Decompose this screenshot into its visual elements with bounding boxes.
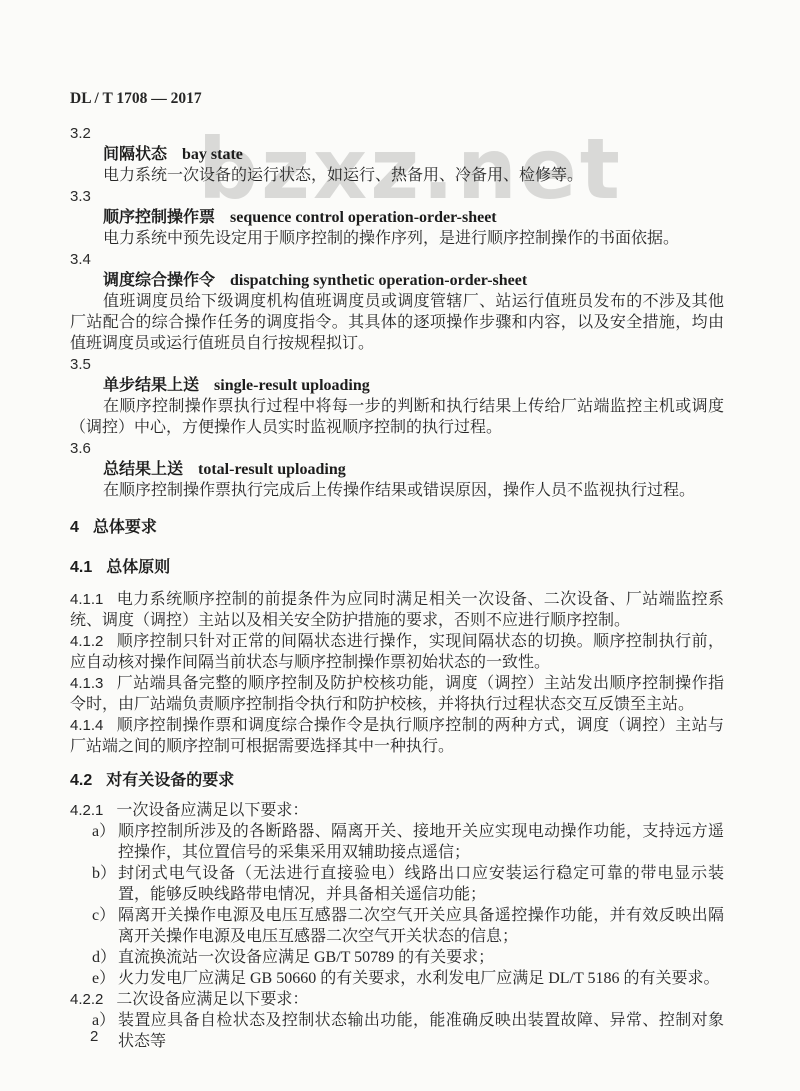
section-heading-4-2: 4.2对有关设备的要求 xyxy=(70,770,724,791)
numbered-clause: 4.2.1一次设备应满足以下要求： xyxy=(70,800,724,821)
numbered-clause: 4.1.3厂站端具备完整的顺序控制及防护校核功能，调度（调控）主站发出顺序控制操… xyxy=(70,673,724,715)
clause-number: 4.2.1 xyxy=(70,802,103,819)
list-marker: b） xyxy=(92,863,116,884)
clause-text: 二次设备应满足以下要求： xyxy=(116,991,308,1008)
term-line: 调度综合操作令dispatching synthetic operation-o… xyxy=(103,270,724,291)
clause-text: 电力系统顺序控制的前提条件为应同时满足相关一次设备、二次设备、厂站端监控系统、调… xyxy=(70,591,724,629)
terms-clause: 3.5 单步结果上送single-result uploading 在顺序控制操… xyxy=(70,354,724,438)
numbered-clause: 4.2.2二次设备应满足以下要求： xyxy=(70,989,724,1010)
terms-and-definitions: 3.2 间隔状态bay state 电力系统一次设备的运行状态，如运行、热备用、… xyxy=(70,123,724,501)
section-title: 总体要求 xyxy=(93,519,157,536)
section-heading-4: 4总体要求 xyxy=(70,517,724,538)
term-line: 间隔状态bay state xyxy=(103,144,724,165)
term-definition: 在顺序控制操作票执行过程中将每一步的判断和执行结果上传给厂站端监控主机或调度（调… xyxy=(70,396,724,438)
term-zh: 总结果上送 xyxy=(103,461,183,478)
clause-text: 顺序控制只针对正常的间隔状态进行操作，实现间隔状态的切换。顺序控制执行前，应自动… xyxy=(70,633,724,671)
document-page: bzxz.net DL / T 1708 — 2017 3.2 间隔状态bay … xyxy=(0,0,800,1091)
page-number: 2 xyxy=(90,1028,98,1045)
term-en: total-result uploading xyxy=(198,461,346,478)
terms-clause: 3.3 顺序控制操作票sequence control operation-or… xyxy=(70,186,724,249)
term-definition: 电力系统中预先设定用于顺序控制的操作序列，是进行顺序控制操作的书面依据。 xyxy=(70,228,724,249)
term-en: dispatching synthetic operation-order-sh… xyxy=(230,272,527,289)
list-marker: d） xyxy=(92,947,116,968)
list-item: a）顺序控制所涉及的各断路器、隔离开关、接地开关应实现电动操作功能，支持远方遥控… xyxy=(70,821,724,863)
terms-clause: 3.4 调度综合操作令dispatching synthetic operati… xyxy=(70,249,724,354)
term-zh: 间隔状态 xyxy=(103,146,167,163)
section-heading-4-1: 4.1总体原则 xyxy=(70,557,724,578)
term-zh: 单步结果上送 xyxy=(103,377,199,394)
clause-number: 3.6 xyxy=(70,438,724,459)
clauses-4-1: 4.1.1电力系统顺序控制的前提条件为应同时满足相关一次设备、二次设备、厂站端监… xyxy=(70,589,724,757)
list-item: d）直流换流站一次设备应满足 GB/T 50789 的有关要求； xyxy=(70,947,724,968)
standard-number-header: DL / T 1708 — 2017 xyxy=(70,88,724,109)
list-item-text: 直流换流站一次设备应满足 GB/T 50789 的有关要求； xyxy=(118,949,494,966)
clause-number: 4.1.3 xyxy=(70,675,103,692)
term-definition: 电力系统一次设备的运行状态，如运行、热备用、冷备用、检修等。 xyxy=(70,165,724,186)
section-number: 4.2 xyxy=(70,772,92,789)
term-en: sequence control operation-order-sheet xyxy=(230,209,497,226)
clause-number: 3.2 xyxy=(70,123,724,144)
numbered-clause: 4.1.2顺序控制只针对正常的间隔状态进行操作，实现间隔状态的切换。顺序控制执行… xyxy=(70,631,724,673)
term-definition: 值班调度员给下级调度机构值班调度员或调度管辖厂、站运行值班员发布的不涉及其他厂站… xyxy=(70,291,724,354)
list-item-text: 顺序控制所涉及的各断路器、隔离开关、接地开关应实现电动操作功能，支持远方遥控操作… xyxy=(118,823,724,861)
section-number: 4.1 xyxy=(70,559,92,576)
terms-clause: 3.6 总结果上送total-result uploading 在顺序控制操作票… xyxy=(70,438,724,501)
list-item: a）装置应具备自检状态及控制状态输出功能，能准确反映出装置故障、异常、控制对象状… xyxy=(70,1010,724,1052)
term-line: 单步结果上送single-result uploading xyxy=(103,375,724,396)
page-content: DL / T 1708 — 2017 3.2 间隔状态bay state 电力系… xyxy=(70,88,724,1052)
list-item-text: 火力发电厂应满足 GB 50660 的有关要求，水利发电厂应满足 DL/T 51… xyxy=(118,970,720,987)
clause-text: 一次设备应满足以下要求： xyxy=(116,802,308,819)
clause-number: 4.1.4 xyxy=(70,717,103,734)
section-title: 对有关设备的要求 xyxy=(106,772,234,789)
clause-text: 厂站端具备完整的顺序控制及防护校核功能，调度（调控）主站发出顺序控制操作指令时，… xyxy=(70,675,724,713)
list-item-text: 封闭式电气设备（无法进行直接验电）线路出口应安装运行稳定可靠的带电显示装置，能够… xyxy=(118,865,724,903)
term-line: 顺序控制操作票sequence control operation-order-… xyxy=(103,207,724,228)
numbered-clause: 4.1.4顺序控制操作票和调度综合操作令是执行顺序控制的两种方式，调度（调控）主… xyxy=(70,715,724,757)
list-marker: c） xyxy=(92,905,115,926)
clause-number: 4.1.2 xyxy=(70,633,103,650)
list-marker: a） xyxy=(92,821,115,842)
term-line: 总结果上送total-result uploading xyxy=(103,459,724,480)
clause-number: 3.3 xyxy=(70,186,724,207)
terms-clause: 3.2 间隔状态bay state 电力系统一次设备的运行状态，如运行、热备用、… xyxy=(70,123,724,186)
list-marker: e） xyxy=(92,968,115,989)
clauses-4-2: 4.2.1一次设备应满足以下要求： a）顺序控制所涉及的各断路器、隔离开关、接地… xyxy=(70,800,724,1052)
list-item-text: 装置应具备自检状态及控制状态输出功能，能准确反映出装置故障、异常、控制对象状态等 xyxy=(118,1012,724,1050)
term-zh: 调度综合操作令 xyxy=(103,272,215,289)
list-item: e）火力发电厂应满足 GB 50660 的有关要求，水利发电厂应满足 DL/T … xyxy=(70,968,724,989)
section-number: 4 xyxy=(70,519,79,536)
list-item: b）封闭式电气设备（无法进行直接验电）线路出口应安装运行稳定可靠的带电显示装置，… xyxy=(70,863,724,905)
list-item: c）隔离开关操作电源及电压互感器二次空气开关应具备遥控操作功能，并有效反映出隔离… xyxy=(70,905,724,947)
list-item-text: 隔离开关操作电源及电压互感器二次空气开关应具备遥控操作功能，并有效反映出隔离开关… xyxy=(118,907,724,945)
term-en: single-result uploading xyxy=(214,377,370,394)
term-definition: 在顺序控制操作票执行完成后上传操作结果或错误原因，操作人员不监视执行过程。 xyxy=(70,480,724,501)
clause-number: 4.1.1 xyxy=(70,591,103,608)
clause-text: 顺序控制操作票和调度综合操作令是执行顺序控制的两种方式，调度（调控）主站与厂站端… xyxy=(70,717,724,755)
term-zh: 顺序控制操作票 xyxy=(103,209,215,226)
clause-number: 3.4 xyxy=(70,249,724,270)
section-title: 总体原则 xyxy=(106,559,170,576)
term-en: bay state xyxy=(182,146,243,163)
clause-number: 4.2.2 xyxy=(70,991,103,1008)
numbered-clause: 4.1.1电力系统顺序控制的前提条件为应同时满足相关一次设备、二次设备、厂站端监… xyxy=(70,589,724,631)
clause-number: 3.5 xyxy=(70,354,724,375)
